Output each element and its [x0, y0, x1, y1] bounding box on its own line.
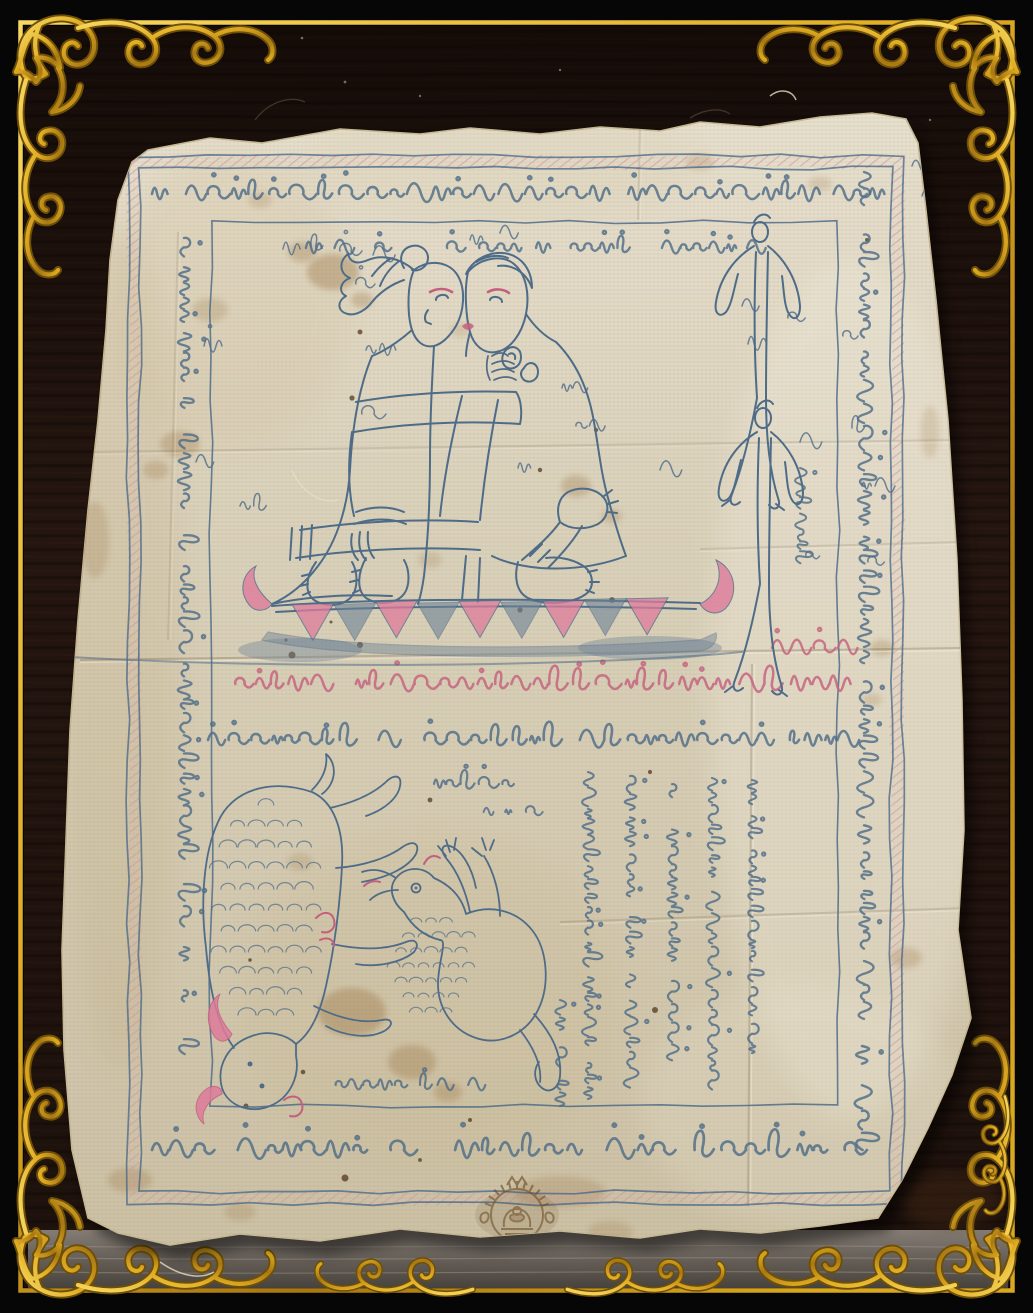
stain-14 — [808, 177, 832, 191]
speck-13 — [358, 330, 363, 335]
speck-15 — [538, 468, 542, 472]
stain-8 — [388, 1045, 436, 1079]
speck-17 — [349, 395, 354, 400]
stain-21 — [921, 406, 939, 458]
stain-16 — [862, 694, 882, 706]
creature-pupil — [415, 887, 418, 890]
speck-12 — [652, 1007, 658, 1013]
stain-6 — [143, 461, 169, 479]
photo-canvas — [0, 0, 1033, 1313]
speck-18 — [648, 770, 652, 774]
speck-5 — [301, 1070, 306, 1075]
speck-19 — [342, 1175, 349, 1182]
speck-14 — [418, 1158, 422, 1162]
stain-19 — [224, 1203, 256, 1221]
speck-0 — [330, 621, 333, 624]
stamp-figure-body — [510, 1214, 524, 1222]
speck-6 — [428, 798, 433, 803]
stain-25 — [418, 552, 442, 568]
speck-11 — [248, 958, 252, 962]
framed-photo: Photograph of an antique hand-drawn yant… — [0, 0, 1033, 1313]
speck-10 — [468, 1118, 472, 1122]
